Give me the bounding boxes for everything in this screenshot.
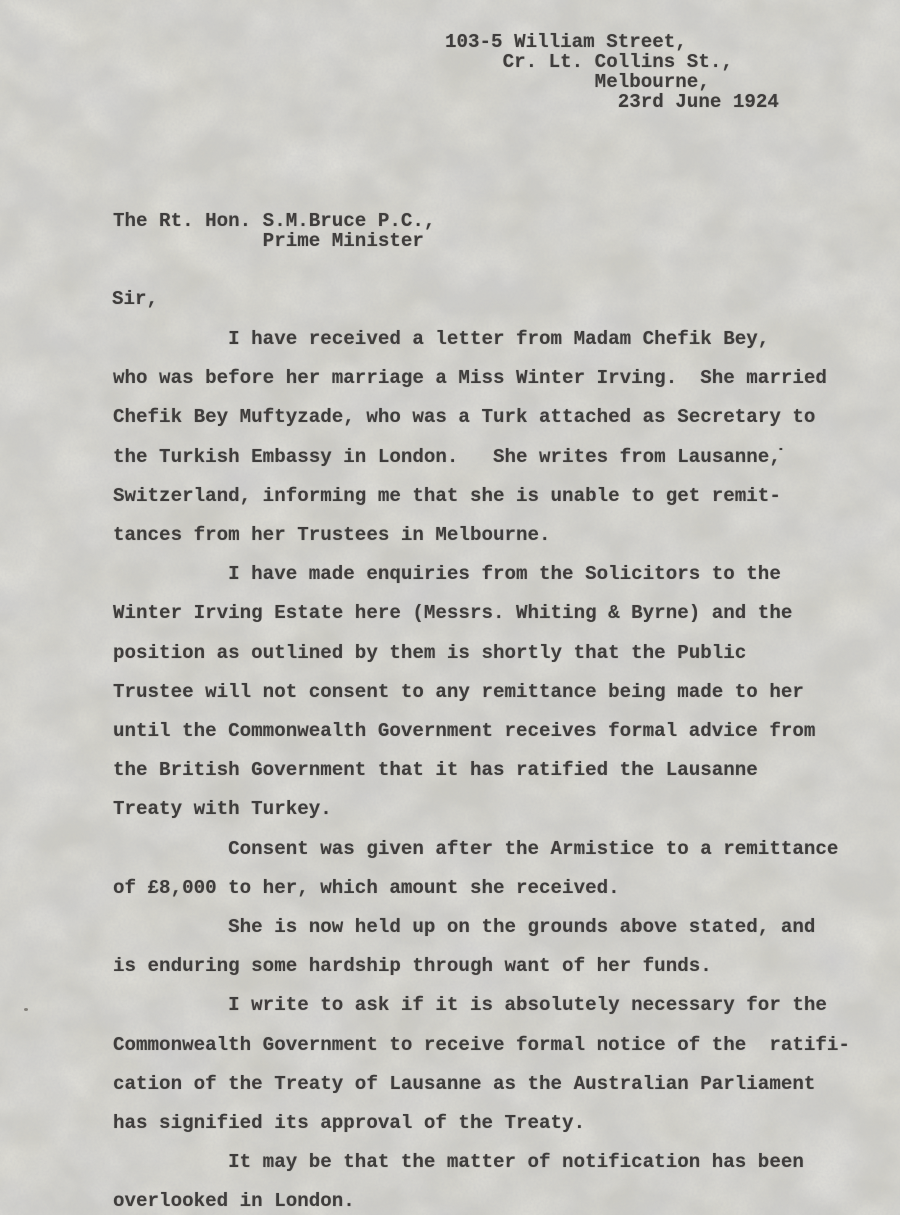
paper-speck — [24, 1008, 28, 1011]
salutation: Sir, — [112, 289, 158, 309]
letter-body: I have received a letter from Madam Chef… — [113, 320, 850, 1215]
recipient-address: The Rt. Hon. S.M.Bruce P.C., Prime Minis… — [113, 211, 435, 251]
sender-address: 103-5 William Street, Cr. Lt. Collins St… — [445, 32, 779, 112]
letter-page: 103-5 William Street, Cr. Lt. Collins St… — [0, 0, 900, 1215]
